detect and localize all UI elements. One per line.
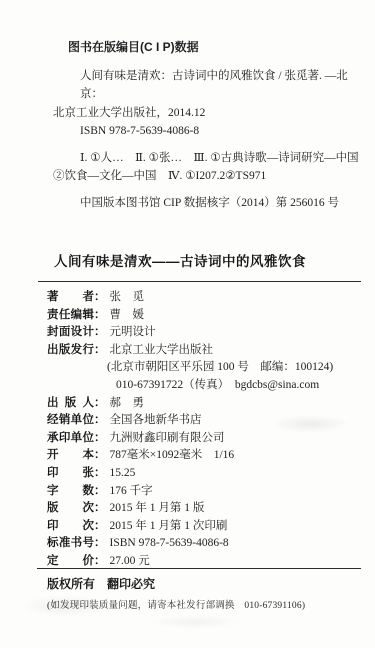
colophon-list: 著 者：张 觅 责任编辑：曹 媛 封面设计：元明设计 出版发行：北京工业大学出版…	[47, 289, 363, 571]
row-colon: ：	[94, 309, 106, 321]
colophon-row-author: 著 者：张 觅	[47, 289, 363, 307]
row-colon: ：	[94, 414, 106, 426]
row-value: 郝 勇	[110, 397, 145, 409]
row-colon: ：	[94, 344, 106, 356]
scan-smudge	[150, 615, 240, 629]
colophon-row-printer: 承印单位：九洲财鑫印刷有限公司	[47, 430, 363, 448]
colophon-row-cover-design: 封面设计：元明设计	[47, 324, 363, 342]
colophon-row-standard-isbn: 标准书号：ISBN 978-7-5639-4086-8	[47, 535, 363, 553]
row-colon: ：	[94, 537, 106, 549]
row-value: 元明设计	[110, 326, 156, 338]
row-colon: ：	[94, 449, 106, 461]
row-colon: ：	[94, 555, 106, 567]
row-colon: ：	[94, 520, 106, 532]
divider-rule-bottom	[37, 568, 361, 569]
row-colon: ：	[94, 485, 106, 497]
row-value: (北京市朝阳区平乐园 100 号 邮编：100124)	[107, 361, 333, 373]
row-value: 张 觅	[110, 291, 145, 303]
cip-record-number-line: 中国版本图书馆 CIP 数据核字（2014）第 256016 号	[53, 194, 361, 213]
colophon-row-distributor: 经销单位：全国各地新华书店	[47, 412, 363, 430]
row-colon: ：	[94, 397, 106, 409]
cip-title-line: 人间有味是清欢：古诗词中的风雅饮食 / 张觅著. —北京：	[53, 67, 361, 104]
cip-block: 图书在版编目(C I P)数据 人间有味是清欢：古诗词中的风雅饮食 / 张觅著.…	[53, 38, 361, 212]
row-label: 标准书号	[47, 535, 94, 553]
row-value: 27.00 元	[110, 555, 150, 567]
row-label: 出 版 人	[47, 395, 94, 413]
cip-classification-line-2: ②饮食—文化—中国 Ⅳ. ①I207.2②TS971	[53, 167, 361, 186]
row-label: 开 本	[47, 447, 94, 465]
row-label: 承印单位	[47, 430, 94, 448]
book-title: 人间有味是清欢——古诗词中的风雅饮食	[54, 250, 306, 270]
row-label: 印 张	[47, 465, 94, 483]
row-colon: ：	[94, 467, 106, 479]
copyright-page: 图书在版编目(C I P)数据 人间有味是清欢：古诗词中的风雅饮食 / 张觅著.…	[0, 0, 375, 648]
colophon-row-publisher-person: 出 版 人：郝 勇	[47, 395, 363, 413]
colophon-row-word-count: 字 数：176 千字	[47, 483, 363, 501]
row-value: 九洲财鑫印刷有限公司	[110, 432, 225, 444]
row-value: 2015 年 1 月第 1 版	[110, 502, 205, 514]
row-colon: ：	[94, 291, 106, 303]
cip-publisher-line: 北京工业大学出版社，2014.12	[53, 104, 361, 123]
colophon-row-publisher-contact: 010-67391722（传真） bgdcbs@sina.com	[47, 377, 363, 395]
cip-classification-line-1: Ⅰ. ①人… Ⅱ. ①张… Ⅲ. ①古典诗歌—诗词研究—中国	[53, 149, 361, 168]
row-label: 责任编辑	[47, 307, 94, 325]
row-value: 全国各地新华书店	[110, 414, 202, 426]
footer-block: 版权所有 翻印必究 (如发现印装质量问题，请寄本社发行部调换 010-67391…	[47, 575, 363, 611]
divider-rule-top	[38, 281, 361, 282]
colophon-row-publisher-address: (北京市朝阳区平乐园 100 号 邮编：100124)	[47, 359, 363, 377]
colophon-row-format: 开 本：787毫米×1092毫米 1/16	[47, 447, 363, 465]
colophon-row-edition: 版 次：2015 年 1 月第 1 版	[47, 500, 363, 518]
cip-heading: 图书在版编目(C I P)数据	[53, 38, 361, 57]
row-colon: ：	[94, 326, 106, 338]
cip-isbn-line: ISBN 978-7-5639-4086-8	[53, 122, 361, 141]
row-label: 经销单位	[47, 412, 94, 430]
row-value: 15.25	[110, 467, 136, 479]
row-label: 封面设计	[47, 324, 94, 342]
row-value: 2015 年 1 月第 1 次印刷	[110, 520, 228, 532]
row-value: 010-67391722（传真） bgdcbs@sina.com	[116, 379, 319, 391]
row-value: 787毫米×1092毫米 1/16	[110, 449, 235, 461]
colophon-row-editor: 责任编辑：曹 媛	[47, 307, 363, 325]
row-colon: ：	[94, 432, 106, 444]
colophon-row-publisher: 出版发行：北京工业大学出版社	[47, 342, 363, 360]
row-label: 字 数	[47, 483, 94, 501]
row-colon: ：	[94, 502, 106, 514]
colophon-row-sheets: 印 张：15.25	[47, 465, 363, 483]
row-label: 印 次	[47, 518, 94, 536]
row-value: 北京工业大学出版社	[110, 344, 214, 356]
row-label: 出版发行	[47, 342, 94, 360]
row-value: 176 千字	[110, 485, 153, 497]
row-label: 著 者	[47, 289, 94, 307]
rights-notice: 版权所有 翻印必究	[47, 575, 363, 592]
row-value: ISBN 978-7-5639-4086-8	[110, 537, 229, 549]
exchange-note: (如发现印装质量问题，请寄本社发行部调换 010-67391106)	[47, 597, 363, 611]
colophon-row-printing: 印 次：2015 年 1 月第 1 次印刷	[47, 518, 363, 536]
row-label: 版 次	[47, 500, 94, 518]
row-value: 曹 媛	[110, 309, 145, 321]
